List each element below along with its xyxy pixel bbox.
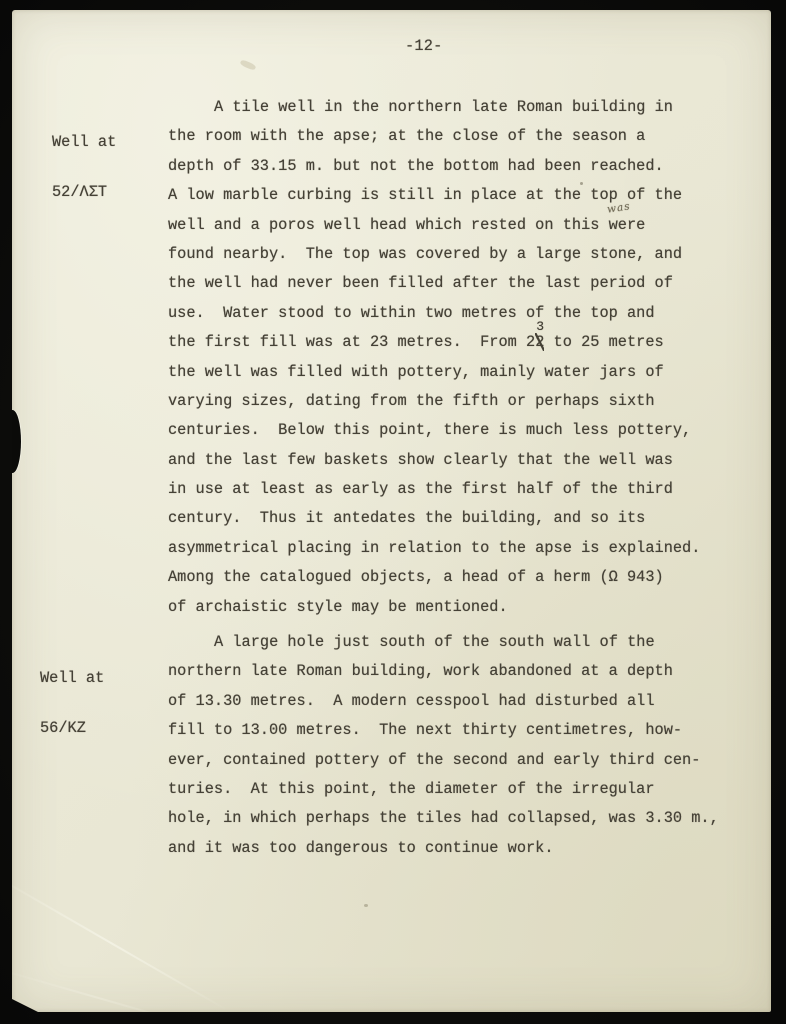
paragraph-well-56: A large hole just south of the south wal… [168,628,719,863]
text-line: the well was filled with pottery, mainly… [168,358,700,387]
typed-correction: 3 [536,321,544,333]
text-line: found nearby. The top was covered by a l… [168,240,700,269]
text-line: of archaistic style may be mentioned. [168,593,700,622]
struck-character: 2 [535,333,544,351]
handwritten-pencil-correction: was [606,201,631,215]
corrected-word-wrap: waswere [609,216,646,234]
paragraph-well-52: A tile well in the northern late Roman b… [168,93,700,622]
margin-label-well-56: Well at 56/KZ [40,637,104,769]
text-line: A tile well in the northern late Roman b… [168,93,700,122]
text-line: and the last few baskets show clearly th… [168,446,700,475]
page-number: -12- [405,38,443,54]
margin-label-well-52: Well at 52/ΛΣΤ [52,101,116,233]
document-page: -12- Well at 52/ΛΣΤ A tile well in the n… [12,10,771,1012]
paper-edge-notch [12,410,21,473]
text-line: hole, in which perhaps the tiles had col… [168,804,719,833]
text-segment: to 25 metres [544,333,663,351]
text-line: varying sizes, dating from the fifth or … [168,387,700,416]
text-line: use. Water stood to within two metres of… [168,299,700,328]
paper-smudge [239,59,256,71]
margin-label-line: Well at [40,670,104,687]
text-line: northern late Roman building, work aband… [168,657,719,686]
text-line: ever, contained pottery of the second an… [168,746,719,775]
margin-label-line: Well at [52,134,116,151]
text-line: in use at least as early as the first ha… [168,475,700,504]
text-line-with-typed-correction: the first fill was at 23 metres. From 22… [168,328,700,357]
text-line-with-handwritten-correction: well and a poros well head which rested … [168,211,700,240]
text-line: centuries. Below this point, there is mu… [168,416,700,445]
text-line: and it was too dangerous to continue wor… [168,834,719,863]
overstrike-wrap: 23 [535,333,544,351]
text-line: asymmetrical placing in relation to the … [168,534,700,563]
paper-speck [364,904,368,907]
paper-crease [12,967,196,1012]
text-segment: the first fill was at 23 metres. From 2 [168,333,535,351]
margin-label-line: 52/ΛΣΤ [52,184,116,201]
text-line: Among the catalogued objects, a head of … [168,563,700,592]
margin-label-line: 56/KZ [40,720,104,737]
text-segment: well and a poros well head which rested … [168,216,609,234]
text-line: A large hole just south of the south wal… [168,628,719,657]
text-line: century. Thus it antedates the building,… [168,504,700,533]
text-line: fill to 13.00 metres. The next thirty ce… [168,716,719,745]
text-line: depth of 33.15 m. but not the bottom had… [168,152,700,181]
text-line: the room with the apse; at the close of … [168,122,700,151]
text-line: the well had never been filled after the… [168,269,700,298]
paper-crease [12,875,228,1012]
typed-word: were [609,216,646,234]
text-line: turies. At this point, the diameter of t… [168,775,719,804]
text-line: of 13.30 metres. A modern cesspool had d… [168,687,719,716]
